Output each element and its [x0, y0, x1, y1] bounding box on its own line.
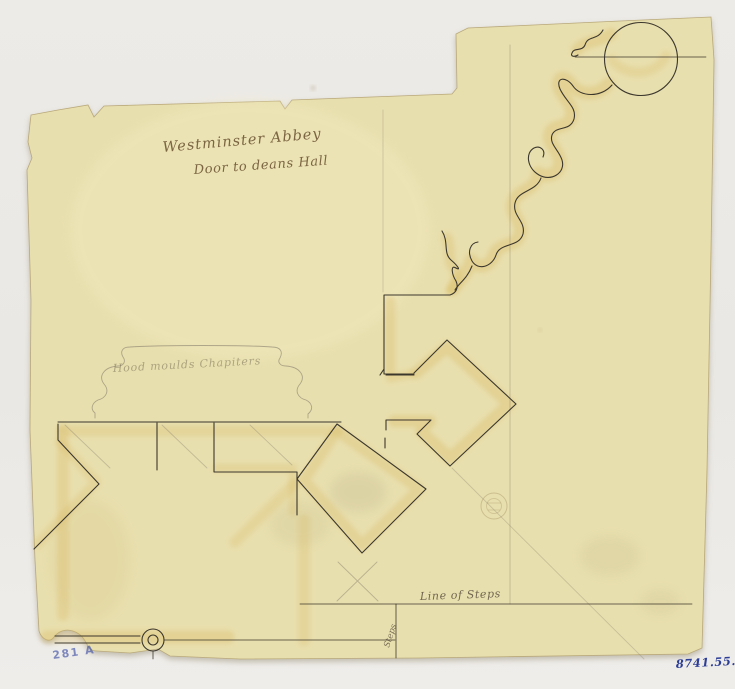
accession-number: 8741.55.	[675, 654, 735, 671]
fox-spot	[311, 86, 315, 90]
scanned-drawing: Westminster Abbey Door to deans Hall Hoo…	[0, 0, 735, 689]
drawing-svg: Westminster Abbey Door to deans Hall Hoo…	[0, 0, 735, 689]
stamp-number: 281 A	[52, 643, 96, 662]
stain	[580, 536, 640, 576]
smudge-stain	[330, 472, 386, 512]
fox-spot	[539, 329, 542, 332]
stain	[640, 589, 680, 615]
